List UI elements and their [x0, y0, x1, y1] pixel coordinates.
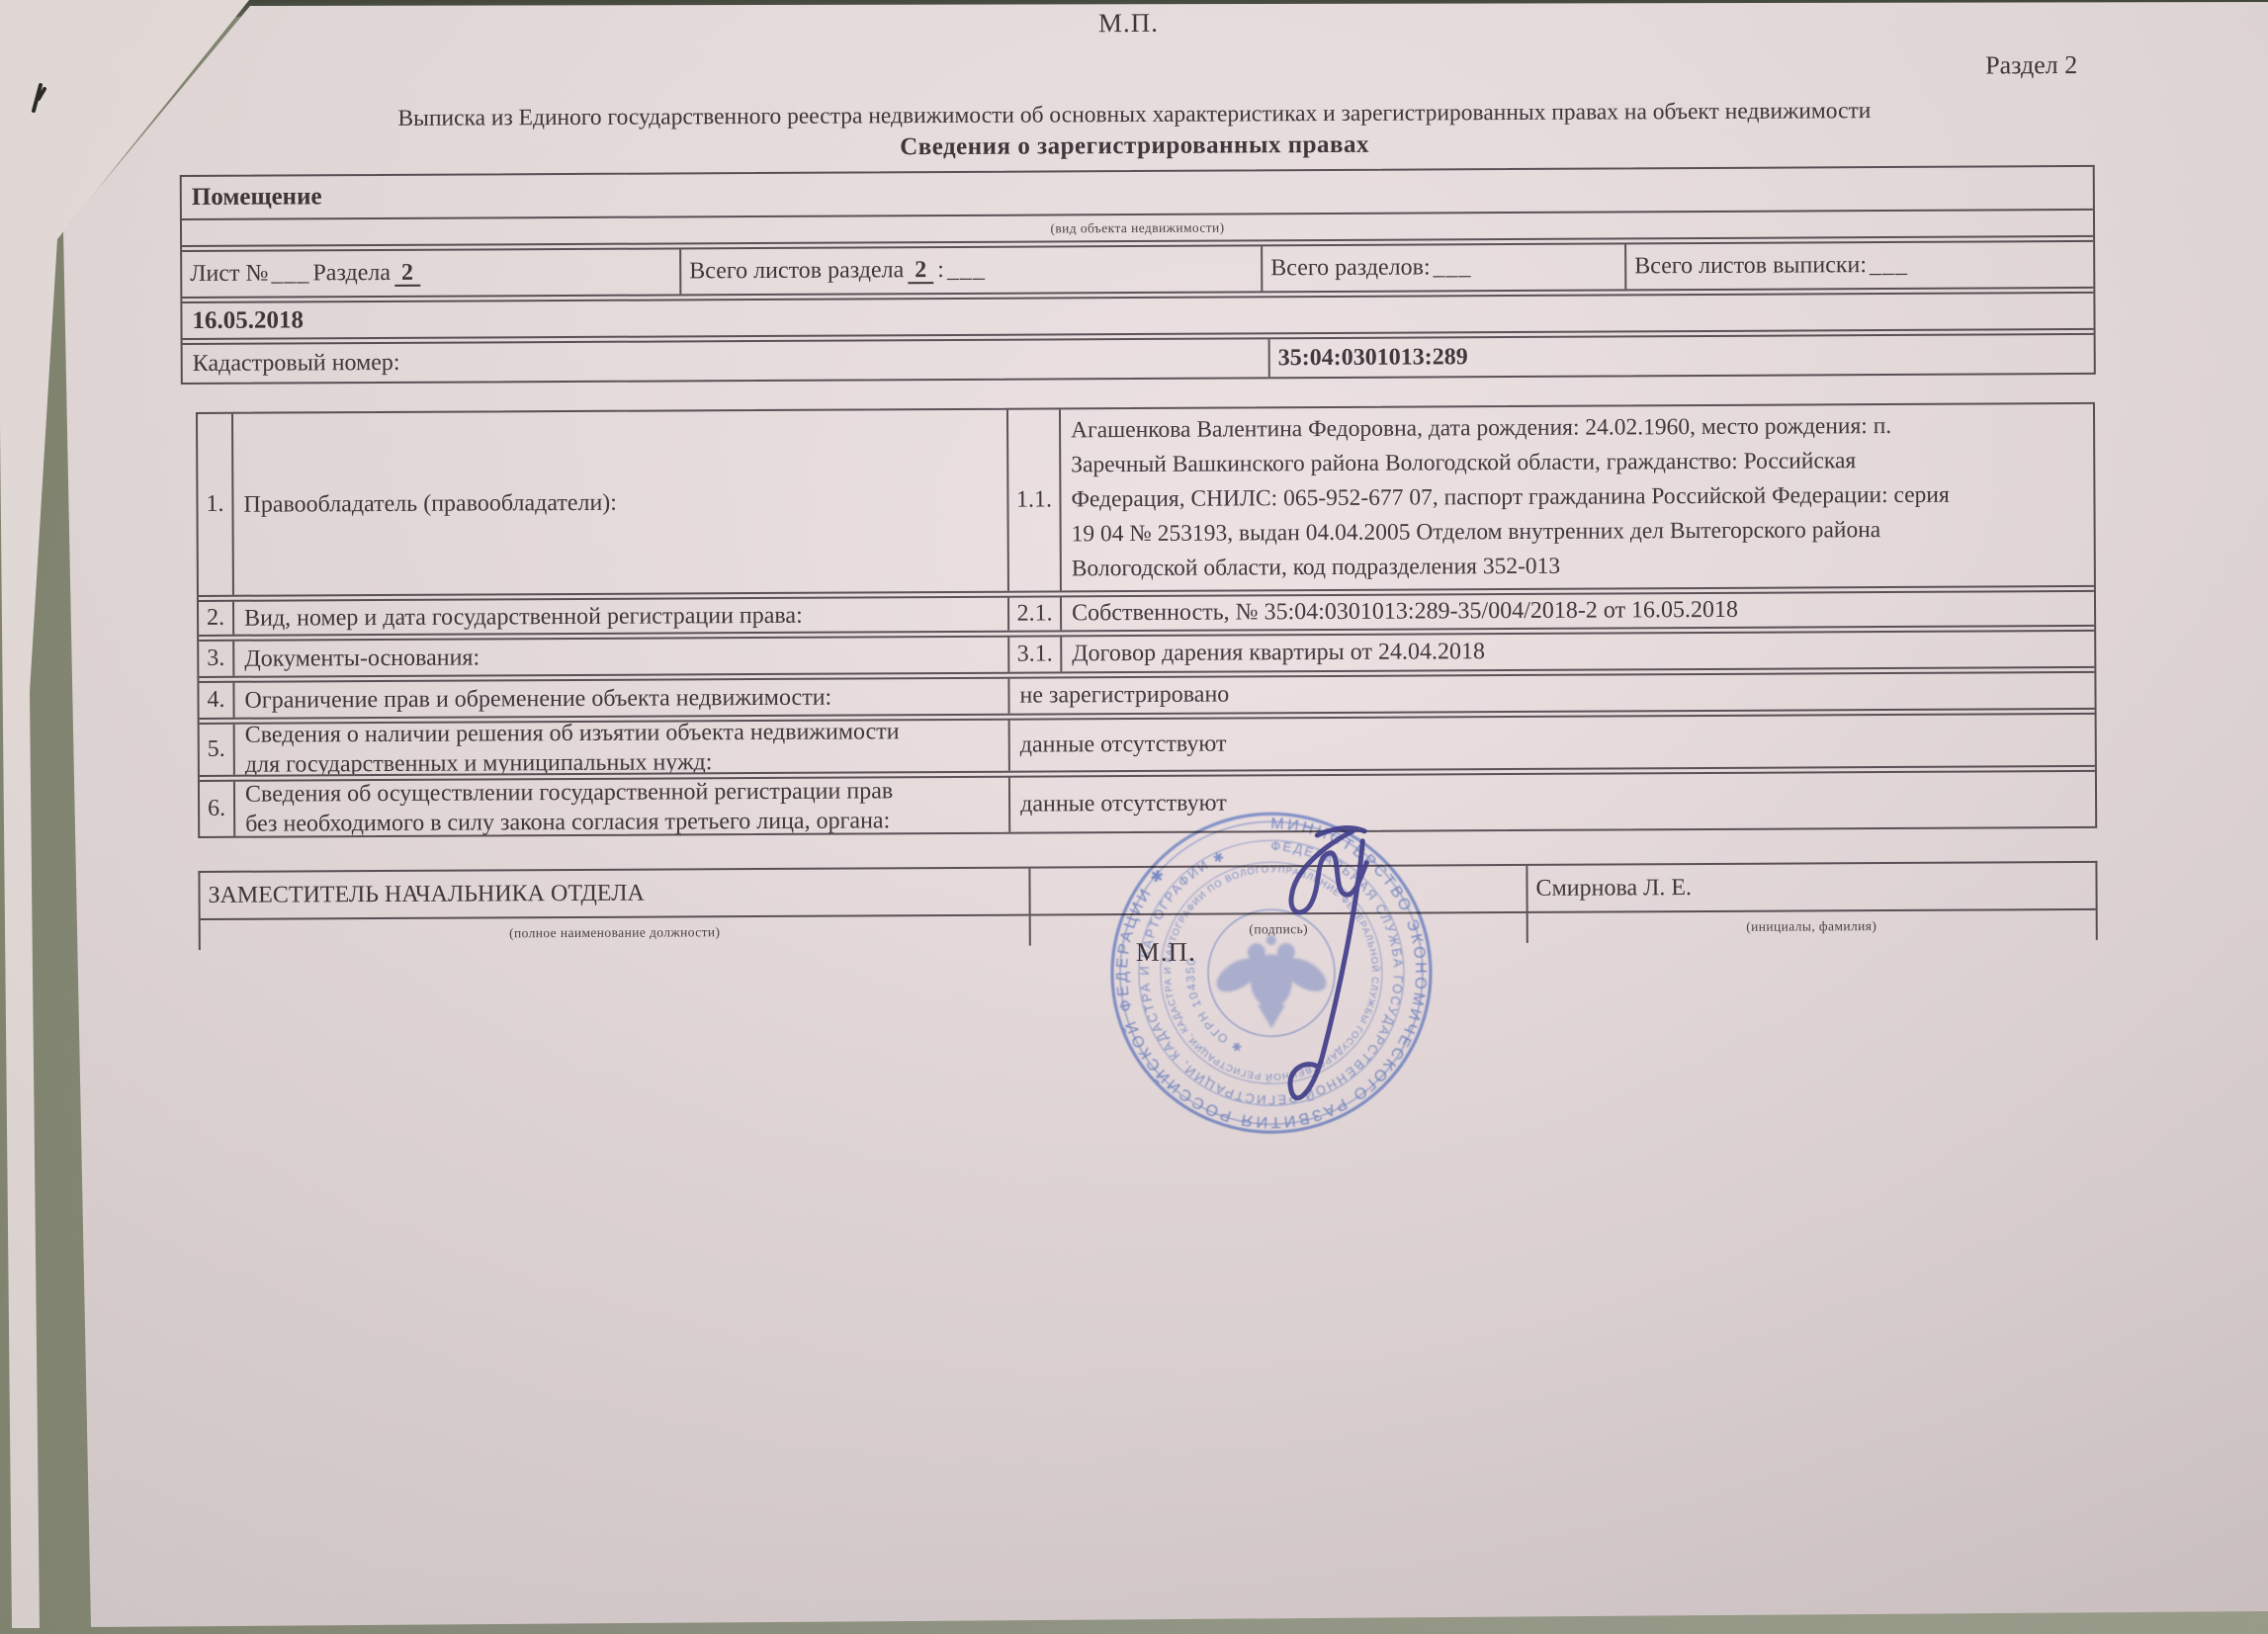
- table-row-seizure: 5. Сведения о наличии решения об изъятии…: [200, 708, 2095, 775]
- total-sheets-colon: :: [937, 257, 944, 284]
- sheet-number-blank: ___: [271, 260, 309, 287]
- total-sheets-label: Всего листов раздела: [689, 257, 904, 285]
- row-subnumber: 2.1.: [1007, 597, 1060, 630]
- row-number: 5.: [200, 725, 233, 775]
- official-name: Смирнова Л. Е.: [1526, 863, 2094, 911]
- position-hint: (полное наименование должности): [201, 916, 1029, 950]
- rightholder-line: Федерация, СНИЛС: 065-952-677 07, паспор…: [1071, 478, 1949, 518]
- sheet-section-label: Раздела: [312, 260, 391, 287]
- rightholder-line: Заречный Вашкинского района Вологодской …: [1071, 444, 1949, 483]
- row-number: 3.: [199, 642, 232, 676]
- total-extract-sheets-blank: ___: [1870, 252, 1908, 279]
- handwritten-signature: [1167, 809, 1426, 1136]
- row-label: Сведения об осуществлении государственно…: [233, 778, 1008, 836]
- row-label: Документы-основания:: [232, 638, 1007, 676]
- total-sheets-blank: ___: [947, 257, 986, 284]
- rightholder-line: 19 04 № 253193, выдан 04.04.2005 Отделом…: [1072, 513, 1950, 553]
- rightholder-line: Агашенкова Валентина Федоровна, дата рож…: [1071, 409, 1949, 449]
- total-sheets-section-number: 2: [908, 258, 933, 284]
- row-value: Собственность, № 35:04:0301013:289-35/00…: [1060, 592, 2094, 630]
- row-label: Вид, номер и дата государственной регист…: [232, 598, 1007, 635]
- table-row-rightholder: 1. Правообладатель (правообладатели): 1.…: [198, 404, 2094, 595]
- name-hint: (инициалы, фамилия): [1527, 910, 2095, 943]
- sheets-row: Лист № ___ Раздела 2 Всего листов раздел…: [182, 235, 2093, 297]
- row-value: не зарегистрировано: [1007, 673, 2094, 714]
- row-label: Правообладатель (правообладатели):: [231, 410, 1007, 595]
- row-number: 1.: [198, 414, 232, 595]
- total-sections-cell: Всего разделов: ___: [1261, 244, 1624, 291]
- document-content: М.П. Раздел 2 Выписка из Единого государ…: [0, 0, 2268, 1634]
- total-sheets-cell: Всего листов раздела 2 : ___: [679, 246, 1261, 294]
- document-photo: М.П. Раздел 2 Выписка из Единого государ…: [0, 0, 2268, 1634]
- section-label: Раздел 2: [1985, 50, 2077, 80]
- row-label: Ограничение прав и обременение объекта н…: [232, 679, 1007, 718]
- row-number: 4.: [199, 683, 232, 718]
- sheet-number-cell: Лист № ___ Раздела 2: [182, 249, 679, 297]
- cadastral-number-value: 35:04:0301013:289: [1268, 335, 2094, 377]
- rightholder-line: Вологодской области, код подразделения 3…: [1072, 548, 1950, 587]
- row-number: 6.: [200, 782, 233, 836]
- row-value: Договор дарения квартиры от 24.04.2018: [1060, 632, 2094, 671]
- row-subnumber: 3.1.: [1007, 637, 1060, 671]
- stamp-place-top-label: М.П.: [1098, 8, 1159, 39]
- row-subnumber: 1.1.: [1006, 409, 1060, 590]
- document-subtitle: Сведения о зарегистрированных правах: [177, 128, 2093, 165]
- row-number: 2.: [199, 602, 232, 635]
- cadastral-number-label: Кадастровый номер:: [183, 339, 1268, 383]
- total-extract-sheets-label: Всего листов выписки:: [1634, 252, 1867, 280]
- section-number: 2: [394, 260, 420, 286]
- row-label: Сведения о наличии решения об изъятии об…: [233, 721, 1008, 775]
- sheet-label: Лист №: [190, 261, 268, 288]
- total-sections-blank: ___: [1434, 254, 1472, 281]
- total-sections-label: Всего разделов:: [1270, 254, 1431, 282]
- row-value: данные отсутствуют: [1008, 715, 2095, 771]
- official-position: ЗАМЕСТИТЕЛЬ НАЧАЛЬНИКА ОТДЕЛА: [200, 869, 1028, 918]
- total-extract-sheets-cell: Всего листов выписки: ___: [1624, 242, 2093, 289]
- row-value: Агашенкова Валентина Федоровна, дата рож…: [1059, 404, 2094, 590]
- object-info-table: Помещение (вид объекта недвижимости) Лис…: [180, 165, 2096, 385]
- cadastral-row: Кадастровый номер: 35:04:0301013:289: [183, 328, 2094, 383]
- registered-rights-table: 1. Правообладатель (правообладатели): 1.…: [196, 402, 2097, 838]
